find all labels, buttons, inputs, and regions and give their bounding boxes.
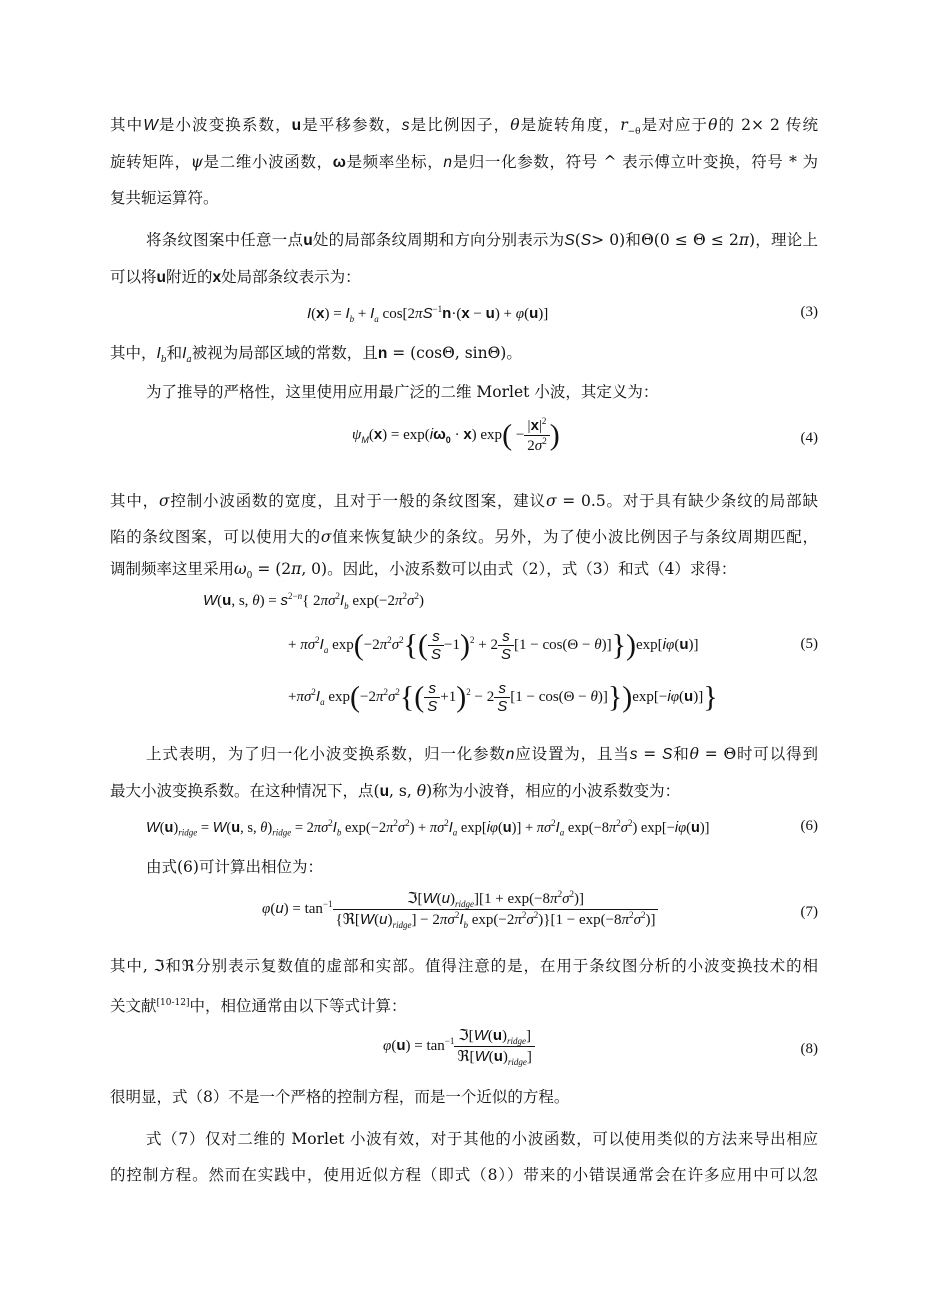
paragraph-8-line-1: 其中, ℑ和ℜ分别表示复数值的虚部和实部。值得注意的是，在用于条纹图分析的小波变…	[110, 955, 818, 977]
paragraph-1-line-3: 复共轭运算符。	[110, 187, 818, 209]
text: 被视为局部区域的常数，且	[192, 344, 378, 362]
equation-number-3: (3)	[801, 304, 819, 321]
text: 附近的	[166, 268, 213, 286]
text: 称为小波脊，相应的小波系数变为：	[432, 782, 680, 800]
text: 将条纹图案中任意一点	[146, 231, 303, 249]
text: 是平移参数，	[301, 116, 402, 134]
text: 应设置为，且当	[514, 745, 629, 763]
text: 是小波变换系数，	[158, 116, 292, 134]
paragraph-2-line-1: 将条纹图案中任意一点u处的局部条纹周期和方向分别表示为S(S> 0)和Θ(0 ≤…	[146, 229, 818, 252]
paragraph-10-line-1: 式（7）仅对二维的 Morlet 小波有效，对于其他的小波函数，可以使用类似的方…	[146, 1128, 818, 1150]
text: 是二维小波函数，	[203, 153, 333, 171]
text: 其中	[110, 116, 143, 134]
text: 。因此，小波系数可以由式（2），式（3）和式（4）求得：	[327, 560, 736, 578]
paragraph-5-line-2: 陷的条纹图案，可以使用大的σ值来恢复缺少的条纹。另外，为了使小波比例因子与条纹周…	[110, 526, 818, 548]
equation-number-7: (7)	[801, 904, 819, 921]
text: 是归一化参数，符号 ^ 表示傅立叶变换，符号 * 为	[452, 153, 818, 171]
paragraph-6-line-2: 最大小波变换系数。在这种情况下，点(u, s, θ)称为小波脊，相应的小波系数变…	[110, 780, 818, 803]
equation-4: ψM(x) = exp(iω0 · x) exp( −|x|22σ2)	[352, 416, 560, 455]
text: 控制小波函数的宽度，且对于一般的条纹图案，建议	[170, 492, 546, 510]
text: 的 2× 2 传统	[717, 116, 818, 134]
text: 可以将	[110, 268, 157, 286]
paragraph-7: 由式(6)可计算出相位为：	[146, 856, 818, 878]
paragraph-5-line-3: 调制频率这里采用ω0 = (2π, 0)。因此，小波系数可以由式（2），式（3）…	[110, 558, 818, 587]
text: 处局部条纹表示为：	[221, 268, 361, 286]
equation-5-line-3: +πσ2Ia exp(−2π2σ2{(sS+1)2 − 2sS[1 − cos(…	[288, 680, 718, 715]
text: 处的局部条纹周期和方向分别表示为	[313, 231, 565, 249]
text: 分别表示复数值的虚部和实部。值得注意的是，在用于条纹图分析的小波变换技术的相	[194, 957, 818, 975]
paragraph-1-line-2: 旋转矩阵，ψ是二维小波函数，ω是频率坐标，n是归一化参数，符号 ^ 表示傅立叶变…	[110, 151, 818, 174]
text: 调制频率这里采用	[110, 560, 234, 578]
text: 。对于具有缺少条纹的局部缺	[606, 492, 818, 510]
text: 是频率坐标，	[346, 153, 444, 171]
equation-6: W(u)ridge = W(u, s, θ)ridge = 2πσ2Ib exp…	[146, 818, 710, 838]
text: 其中，	[110, 492, 159, 510]
text: 值来恢复缺少的条纹。另外，为了使小波比例因子与条纹周期匹配，	[331, 528, 818, 546]
equation-3: I(x) = Ib + Ia cos[2πS−1n·(x − u) + φ(u)…	[307, 304, 548, 324]
equation-5-line-2: + πσ2Ia exp(−2π2σ2{(sS−1)2 + 2sS[1 − cos…	[288, 628, 698, 663]
equation-number-8: (8)	[801, 1041, 819, 1058]
paragraph-10-line-2: 的控制方程。然而在实践中，使用近似方程（即式（8））带来的小错误通常会在许多应用…	[110, 1164, 818, 1186]
equation-5-line-1: W(u, s, θ) = s2−n{ 2πσ2Ib exp(−2π2σ2)	[203, 591, 424, 611]
paragraph-2-line-2: 可以将u附近的x处局部条纹表示为：	[110, 266, 818, 289]
text: 和	[625, 231, 641, 249]
text: 其中,	[110, 957, 154, 975]
text: 上式表明，为了归一化小波变换系数，归一化参数	[146, 745, 506, 763]
citation: [10-12]	[157, 998, 190, 1008]
text: 是对应于	[641, 116, 708, 134]
text: 中，相位通常由以下等式计算：	[189, 997, 406, 1015]
paragraph-4: 为了推导的严格性，这里使用应用最广泛的二维 Morlet 小波，其定义为：	[146, 381, 818, 403]
text: 是旋转角度，	[520, 116, 621, 134]
equation-8: φ(u) = tan−1ℑ[W(u)ridge]ℜ[W(u)ridge]	[383, 1026, 535, 1067]
paragraph-5-line-1: 其中，σ控制小波函数的宽度，且对于一般的条纹图案，建议σ = 0.5。对于具有缺…	[110, 490, 818, 512]
text: 陷的条纹图案，可以使用大的	[110, 528, 321, 546]
paragraph-6-line-1: 上式表明，为了归一化小波变换系数，归一化参数n应设置为，且当s = S和θ = …	[146, 743, 818, 766]
text: 时可以得到	[736, 745, 818, 763]
equation-number-4: (4)	[801, 430, 819, 447]
text: ，理论上	[755, 231, 818, 249]
text: 和	[672, 745, 689, 763]
text: 是比例因子，	[410, 116, 511, 134]
equation-number-5: (5)	[801, 636, 819, 653]
paragraph-1-line-1: 其中W是小波变换系数，u是平移参数，s是比例因子，θ是旋转角度，r−θ是对应于θ…	[110, 114, 818, 143]
text: 和	[167, 344, 183, 362]
text: 和	[164, 957, 181, 975]
equation-number-6: (6)	[801, 818, 819, 835]
paragraph-9: 很明显，式（8）不是一个严格的控制方程，而是一个近似的方程。	[110, 1086, 818, 1108]
text: 最大小波变换系数。在这种情况下，点	[110, 782, 374, 800]
paragraph-3: 其中，Ib和Ia被视为局部区域的常数，且n = (cosΘ, sinΘ)。	[110, 342, 818, 371]
text: 其中，	[110, 344, 157, 362]
text: 关文献	[110, 997, 157, 1015]
paragraph-8-line-2: 关文献[10-12]中，相位通常由以下等式计算：	[110, 992, 818, 1017]
text: 旋转矩阵，	[110, 153, 191, 171]
equation-7: φ(u) = tan−1ℑ[W(u)ridge][1 + exp(−8π2σ2)…	[262, 889, 658, 930]
